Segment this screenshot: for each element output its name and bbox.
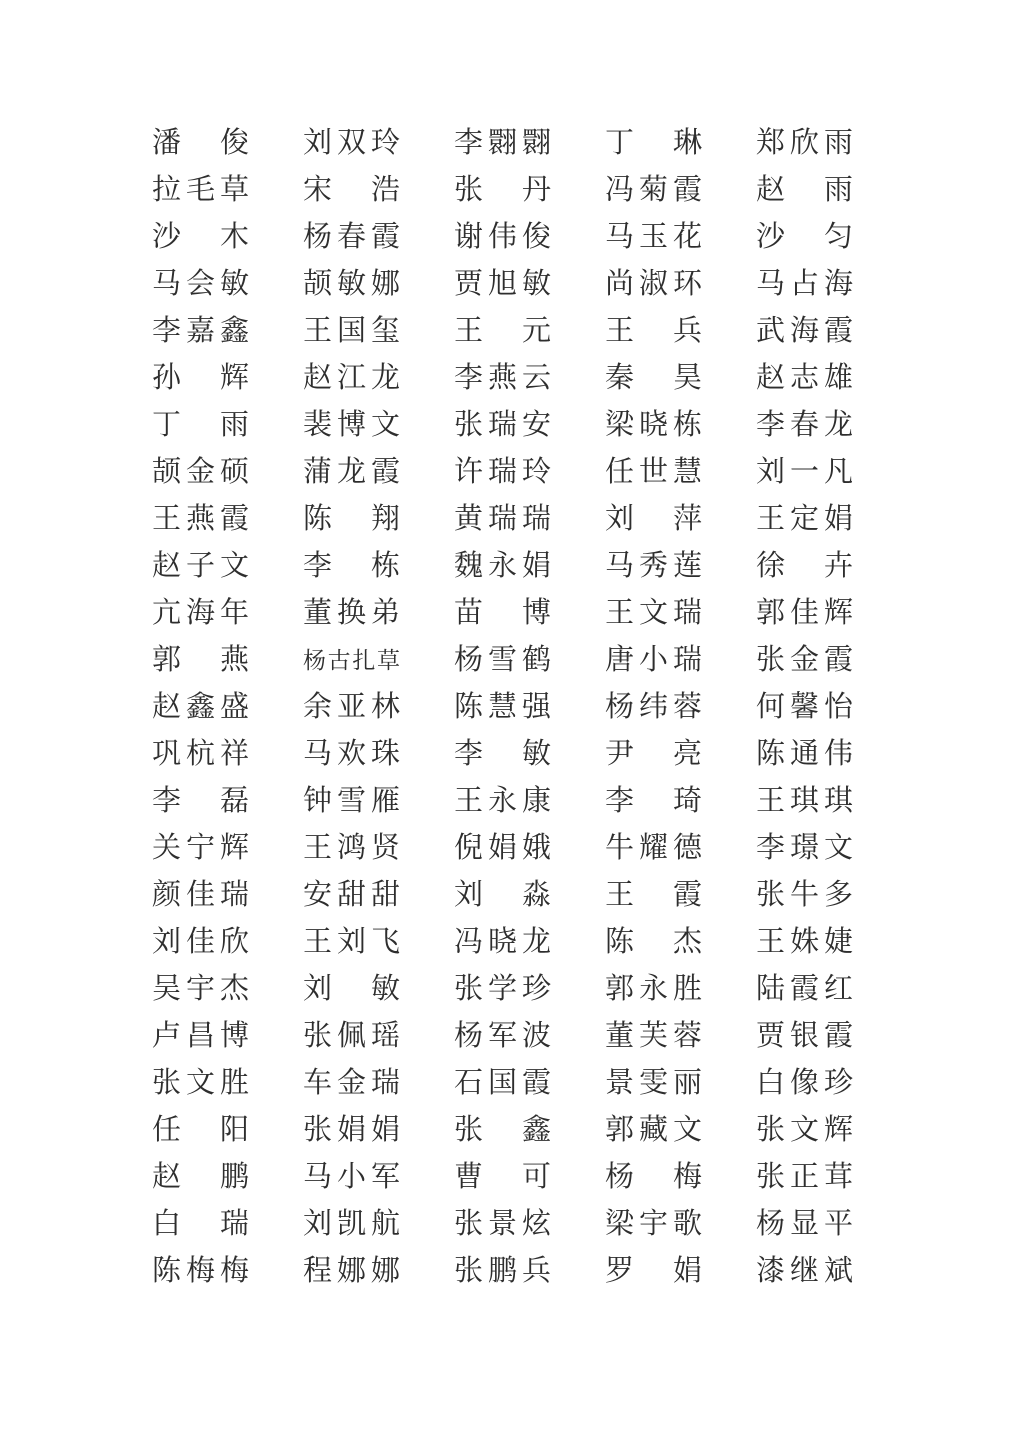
- person-name: 任阳: [152, 1107, 249, 1154]
- person-name: 张鹏兵: [454, 1248, 551, 1295]
- person-name: 陈杰: [605, 919, 702, 966]
- person-name: 丁雨: [152, 402, 249, 449]
- person-name: 郭燕: [152, 637, 249, 684]
- person-name: 刘一凡: [756, 449, 853, 496]
- person-name: 王定娟: [756, 496, 853, 543]
- person-name: 李敏: [454, 731, 551, 778]
- name-row: 关宁辉王鸿贤倪娟娥牛耀德李璟文: [152, 824, 853, 871]
- person-name: 李翾翾: [454, 120, 551, 167]
- person-name: 刘萍: [605, 496, 702, 543]
- person-name: 马玉花: [605, 214, 702, 261]
- name-row: 任阳张娟娟张鑫郭藏文张文辉: [152, 1106, 853, 1153]
- name-row: 陈梅梅程娜娜张鹏兵罗娟漆继斌: [152, 1247, 853, 1294]
- person-name: 丁琳: [605, 120, 702, 167]
- person-name: 马占海: [756, 261, 853, 308]
- person-name: 梁宇歌: [605, 1201, 702, 1248]
- person-name: 裴博文: [303, 402, 400, 449]
- person-name: 亢海年: [152, 590, 249, 637]
- person-name: 郭永胜: [605, 966, 702, 1013]
- person-name: 余亚林: [303, 684, 400, 731]
- person-name: 孙辉: [152, 355, 249, 402]
- person-name: 冯晓龙: [454, 919, 551, 966]
- person-name: 宋浩: [303, 167, 400, 214]
- person-name: 何馨怡: [756, 684, 853, 731]
- person-name: 张景炫: [454, 1201, 551, 1248]
- person-name: 陈通伟: [756, 731, 853, 778]
- person-name: 尚淑环: [605, 261, 702, 308]
- person-name: 陈翔: [303, 496, 400, 543]
- name-row: 卢昌博张佩瑶杨军波董芙蓉贾银霞: [152, 1012, 853, 1059]
- person-name: 刘凯航: [303, 1201, 400, 1248]
- person-name: 张鑫: [454, 1107, 551, 1154]
- person-name: 王姝婕: [756, 919, 853, 966]
- person-name: 董换弟: [303, 590, 400, 637]
- person-name: 王国玺: [303, 308, 400, 355]
- person-name: 李琦: [605, 778, 702, 825]
- person-name: 郭佳辉: [756, 590, 853, 637]
- person-name: 陆霞红: [756, 966, 853, 1013]
- name-row: 李嘉鑫王国玺王元王兵武海霞: [152, 307, 853, 354]
- person-name: 王永康: [454, 778, 551, 825]
- person-name: 吴宇杰: [152, 966, 249, 1013]
- person-name: 赵鑫盛: [152, 684, 249, 731]
- person-name: 刘淼: [454, 872, 551, 919]
- person-name: 张佩瑶: [303, 1013, 400, 1060]
- person-name: 张正茸: [756, 1154, 853, 1201]
- person-name: 安甜甜: [303, 872, 400, 919]
- person-name: 李嘉鑫: [152, 308, 249, 355]
- person-name: 王燕霞: [152, 496, 249, 543]
- person-name: 马欢珠: [303, 731, 400, 778]
- person-name: 张文辉: [756, 1107, 853, 1154]
- name-row: 李磊钟雪雁王永康李琦王琪琪: [152, 777, 853, 824]
- person-name: 赵志雄: [756, 355, 853, 402]
- name-grid: 潘俊刘双玲李翾翾丁琳郑欣雨拉毛草宋浩张丹冯菊霞赵雨沙木杨春霞谢伟俊马玉花沙匀马会…: [152, 119, 853, 1294]
- person-name: 杨古扎草: [303, 637, 400, 684]
- person-name: 杨军波: [454, 1013, 551, 1060]
- name-row: 吴宇杰刘敏张学珍郭永胜陆霞红: [152, 965, 853, 1012]
- person-name: 程娜娜: [303, 1248, 400, 1295]
- person-name: 贾银霞: [756, 1013, 853, 1060]
- person-name: 拉毛草: [152, 167, 249, 214]
- name-row: 马会敏颉敏娜贾旭敏尚淑环马占海: [152, 260, 853, 307]
- person-name: 王元: [454, 308, 551, 355]
- person-name: 谢伟俊: [454, 214, 551, 261]
- person-name: 张学珍: [454, 966, 551, 1013]
- person-name: 尹亮: [605, 731, 702, 778]
- person-name: 赵子文: [152, 543, 249, 590]
- person-name: 杨梅: [605, 1154, 702, 1201]
- name-row: 巩杭祥马欢珠李敏尹亮陈通伟: [152, 730, 853, 777]
- person-name: 赵鹏: [152, 1154, 249, 1201]
- name-row: 刘佳欣王刘飞冯晓龙陈杰王姝婕: [152, 918, 853, 965]
- person-name: 倪娟娥: [454, 825, 551, 872]
- person-name: 马秀莲: [605, 543, 702, 590]
- person-name: 漆继斌: [756, 1248, 853, 1295]
- person-name: 贾旭敏: [454, 261, 551, 308]
- name-row: 拉毛草宋浩张丹冯菊霞赵雨: [152, 166, 853, 213]
- person-name: 张瑞安: [454, 402, 551, 449]
- person-name: 石国霞: [454, 1060, 551, 1107]
- person-name: 李磊: [152, 778, 249, 825]
- person-name: 唐小瑞: [605, 637, 702, 684]
- person-name: 白瑞: [152, 1201, 249, 1248]
- person-name: 徐卉: [756, 543, 853, 590]
- person-name: 刘佳欣: [152, 919, 249, 966]
- person-name: 董芙蓉: [605, 1013, 702, 1060]
- person-name: 颉金硕: [152, 449, 249, 496]
- person-name: 李璟文: [756, 825, 853, 872]
- person-name: 颉敏娜: [303, 261, 400, 308]
- name-row: 潘俊刘双玲李翾翾丁琳郑欣雨: [152, 119, 853, 166]
- person-name: 王琪琪: [756, 778, 853, 825]
- person-name: 刘双玲: [303, 120, 400, 167]
- person-name: 关宁辉: [152, 825, 249, 872]
- person-name: 王兵: [605, 308, 702, 355]
- person-name: 张丹: [454, 167, 551, 214]
- person-name: 秦昊: [605, 355, 702, 402]
- person-name: 赵江龙: [303, 355, 400, 402]
- person-name: 张金霞: [756, 637, 853, 684]
- person-name: 杨纬蓉: [605, 684, 702, 731]
- person-name: 巩杭祥: [152, 731, 249, 778]
- person-name: 李燕云: [454, 355, 551, 402]
- person-name: 任世慧: [605, 449, 702, 496]
- name-row: 郭燕杨古扎草杨雪鹤唐小瑞张金霞: [152, 636, 853, 683]
- person-name: 王霞: [605, 872, 702, 919]
- name-row: 赵鹏马小军曹可杨梅张正茸: [152, 1153, 853, 1200]
- person-name: 白像珍: [756, 1060, 853, 1107]
- person-name: 李春龙: [756, 402, 853, 449]
- name-row: 沙木杨春霞谢伟俊马玉花沙匀: [152, 213, 853, 260]
- person-name: 杨雪鹤: [454, 637, 551, 684]
- name-row: 颉金硕蒲龙霞许瑞玲任世慧刘一凡: [152, 448, 853, 495]
- person-name: 王鸿贤: [303, 825, 400, 872]
- person-name: 杨春霞: [303, 214, 400, 261]
- name-row: 颜佳瑞安甜甜刘淼王霞张牛多: [152, 871, 853, 918]
- person-name: 郭藏文: [605, 1107, 702, 1154]
- person-name: 曹可: [454, 1154, 551, 1201]
- name-row: 赵鑫盛余亚林陈慧强杨纬蓉何馨怡: [152, 683, 853, 730]
- person-name: 李栋: [303, 543, 400, 590]
- name-row: 张文胜车金瑞石国霞景雯丽白像珍: [152, 1059, 853, 1106]
- person-name: 梁晓栋: [605, 402, 702, 449]
- name-row: 赵子文李栋魏永娟马秀莲徐卉: [152, 542, 853, 589]
- person-name: 黄瑞瑞: [454, 496, 551, 543]
- person-name: 卢昌博: [152, 1013, 249, 1060]
- person-name: 杨显平: [756, 1201, 853, 1248]
- person-name: 王刘飞: [303, 919, 400, 966]
- name-row: 丁雨裴博文张瑞安梁晓栋李春龙: [152, 401, 853, 448]
- person-name: 郑欣雨: [756, 120, 853, 167]
- person-name: 赵雨: [756, 167, 853, 214]
- person-name: 刘敏: [303, 966, 400, 1013]
- person-name: 王文瑞: [605, 590, 702, 637]
- person-name: 冯菊霞: [605, 167, 702, 214]
- person-name: 马小军: [303, 1154, 400, 1201]
- person-name: 张文胜: [152, 1060, 249, 1107]
- person-name: 罗娟: [605, 1248, 702, 1295]
- person-name: 陈慧强: [454, 684, 551, 731]
- person-name: 许瑞玲: [454, 449, 551, 496]
- person-name: 钟雪雁: [303, 778, 400, 825]
- document-page: 潘俊刘双玲李翾翾丁琳郑欣雨拉毛草宋浩张丹冯菊霞赵雨沙木杨春霞谢伟俊马玉花沙匀马会…: [0, 0, 1024, 1448]
- person-name: 颜佳瑞: [152, 872, 249, 919]
- person-name: 苗博: [454, 590, 551, 637]
- person-name: 潘俊: [152, 120, 249, 167]
- person-name: 陈梅梅: [152, 1248, 249, 1295]
- person-name: 车金瑞: [303, 1060, 400, 1107]
- person-name: 蒲龙霞: [303, 449, 400, 496]
- person-name: 张娟娟: [303, 1107, 400, 1154]
- person-name: 沙木: [152, 214, 249, 261]
- name-row: 亢海年董换弟苗博王文瑞郭佳辉: [152, 589, 853, 636]
- name-row: 孙辉赵江龙李燕云秦昊赵志雄: [152, 354, 853, 401]
- person-name: 魏永娟: [454, 543, 551, 590]
- person-name: 牛耀德: [605, 825, 702, 872]
- name-row: 王燕霞陈翔黄瑞瑞刘萍王定娟: [152, 495, 853, 542]
- name-row: 白瑞刘凯航张景炫梁宇歌杨显平: [152, 1200, 853, 1247]
- person-name: 张牛多: [756, 872, 853, 919]
- person-name: 沙匀: [756, 214, 853, 261]
- person-name: 景雯丽: [605, 1060, 702, 1107]
- person-name: 武海霞: [756, 308, 853, 355]
- person-name: 马会敏: [152, 261, 249, 308]
